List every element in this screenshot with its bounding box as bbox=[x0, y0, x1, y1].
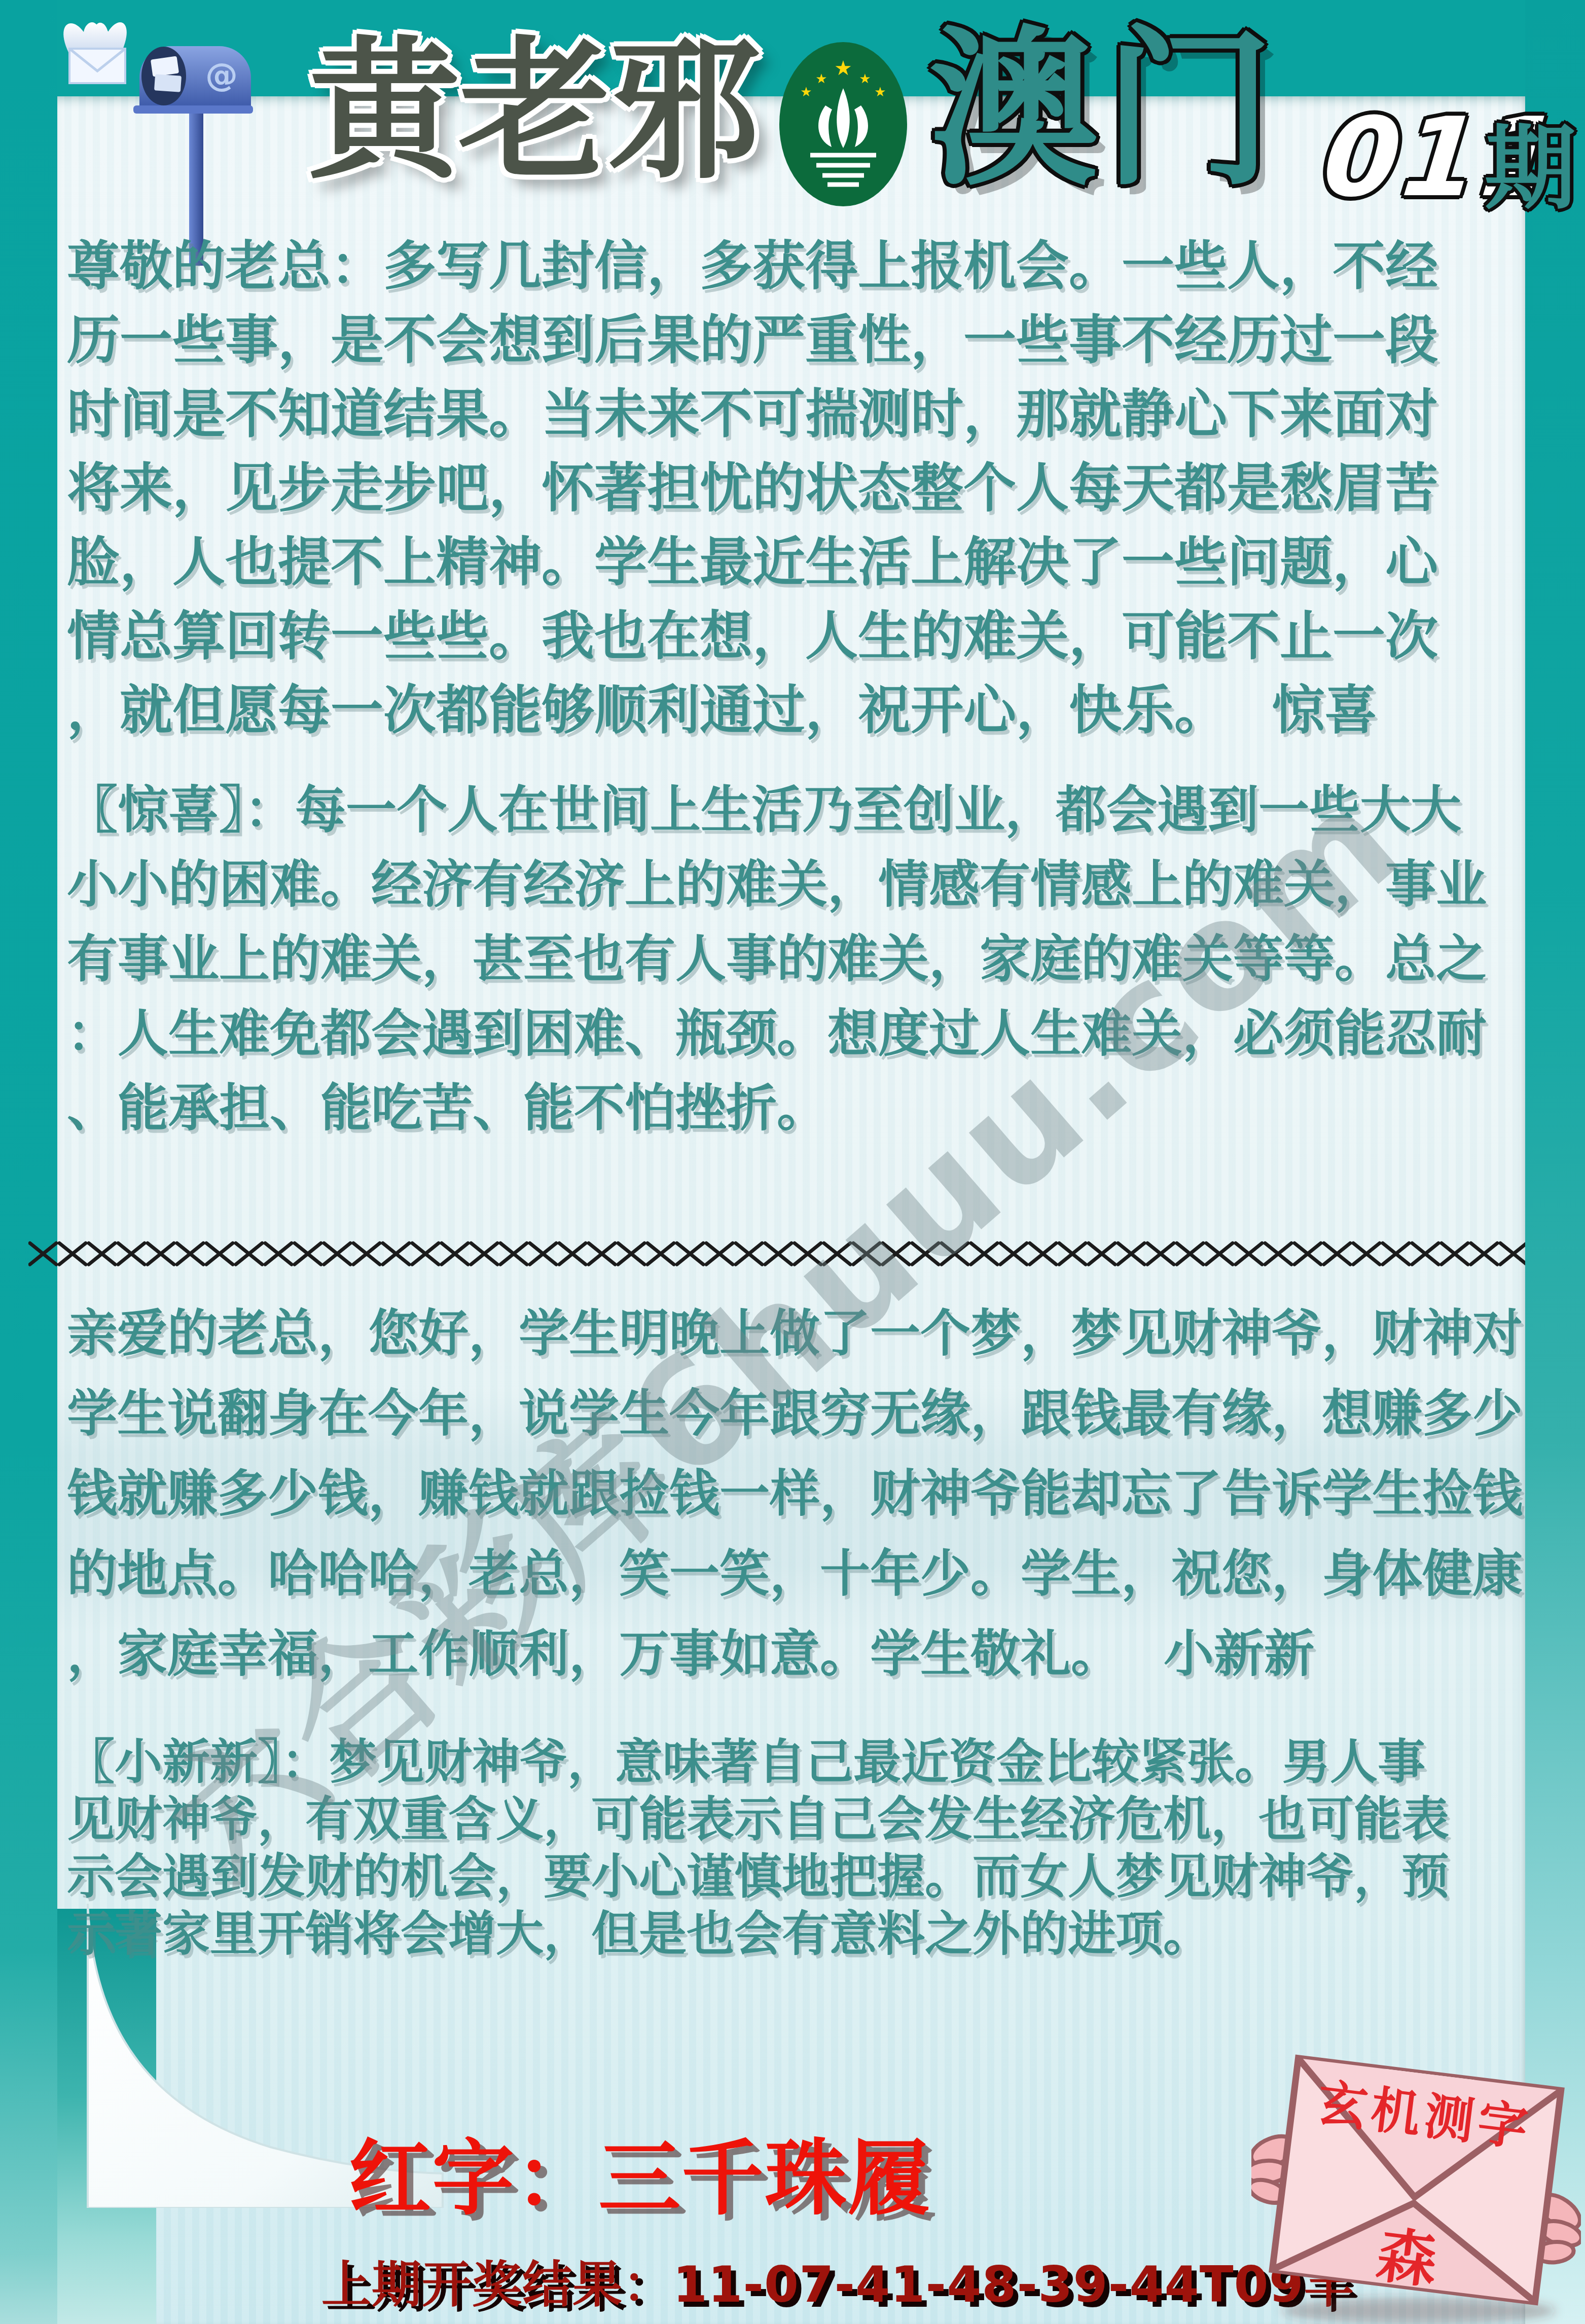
issue-suffix: 期 bbox=[1485, 121, 1576, 216]
page-title-region: 澳门 bbox=[929, 21, 1279, 200]
svg-text:★: ★ bbox=[859, 71, 871, 87]
svg-text:★: ★ bbox=[815, 71, 827, 87]
reply-2-text: 〖小新新〗：梦见财神爷，意味著自己最近资金比较紧张。男人事 见财神爷，有双重含义… bbox=[67, 1734, 1449, 1963]
left-border bbox=[0, 0, 57, 2324]
lottery-tip-poster: @ 黄老邪 ★ ★ ★ ★ ★ 澳门 011 期 尊敬的老总：多写几封信，多获得… bbox=[0, 0, 1585, 2324]
envelope-seal: 森 bbox=[1373, 2220, 1441, 2296]
page-title-author: 黄老邪 bbox=[308, 31, 759, 191]
svg-text:★: ★ bbox=[874, 85, 886, 100]
mystery-envelope-icon: 玄机测字 森 bbox=[1251, 2042, 1581, 2324]
svg-text:★: ★ bbox=[800, 85, 812, 100]
at-symbol-icon: @ bbox=[205, 57, 238, 94]
stitch-divider bbox=[28, 1239, 1525, 1270]
letter-2-text: 亲爱的老总，您好，学生明晚上做了一个梦，梦见财神爷，财神对 学生说翻身在今年，说… bbox=[67, 1294, 1523, 1694]
right-border bbox=[1525, 0, 1585, 2324]
svg-text:★: ★ bbox=[834, 57, 852, 80]
winged-envelope-icon bbox=[63, 22, 127, 83]
reply-1-text: 〖惊喜〗：每一个人在世间上生活乃至创业，都会遇到一些大大 小小的困难。经济有经济… bbox=[67, 773, 1487, 1145]
red-word-line: 红字：三千珠履 bbox=[349, 2113, 931, 2231]
letter-1-text: 尊敬的老总：多写几封信，多获得上报机会。一些人，不经 历一些事，是不会想到后果的… bbox=[67, 229, 1438, 747]
last-draw-result: 上期开奖结果：11-07-41-48-39-44T09羊 bbox=[321, 2245, 1354, 2316]
macau-lotus-logo-icon: ★ ★ ★ ★ ★ bbox=[775, 40, 912, 211]
